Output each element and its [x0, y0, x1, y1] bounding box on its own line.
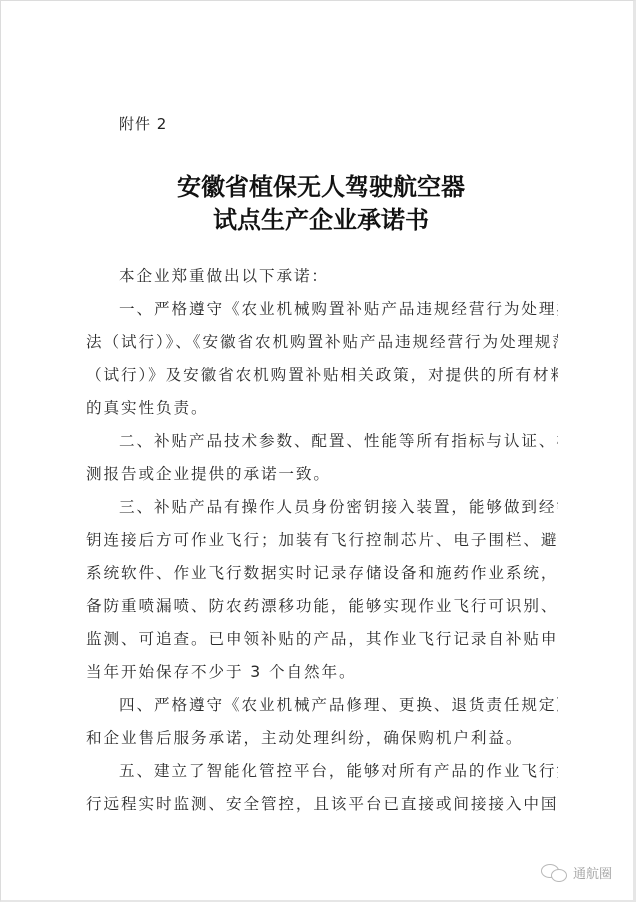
paragraph-intro: 本企业郑重做出以下承诺： [86, 260, 558, 293]
text-line: 和企业售后服务承诺，主动处理纠纷，确保购机户利益。 [86, 722, 558, 755]
watermark: 通航圈 [541, 863, 612, 882]
paragraph-3-continuation: 钥连接后方可作业飞行；加装有飞行控制芯片、电子围栏、避障 系统软件、作业飞行数据… [86, 524, 558, 689]
watermark-text: 通航圈 [573, 863, 612, 882]
text-line: 三、补贴产品有操作人员身份密钥接入装置，能够做到经密 [86, 491, 558, 524]
document-title-line-2: 试点生产企业承诺书 [1, 200, 640, 235]
paragraph-2-continuation: 测报告或企业提供的承诺一致。 [86, 458, 558, 491]
paragraph-5: 五、建立了智能化管控平台，能够对所有产品的作业飞行实 [86, 755, 558, 788]
paragraph-2: 二、补贴产品技术参数、配置、性能等所有指标与认证、检 [86, 425, 558, 458]
text-line: 行远程实时监测、安全管控，且该平台已直接或间接接入中国民 [86, 788, 558, 821]
text-line: 系统软件、作业飞行数据实时记录存储设备和施药作业系统，具 [86, 557, 558, 590]
paragraph-1-continuation: 法（试行）》、《安徽省农机购置补贴产品违规经营行为处理规范 （试行）》及安徽省农… [86, 326, 558, 425]
paragraph-4-continuation: 和企业售后服务承诺，主动处理纠纷，确保购机户利益。 [86, 722, 558, 755]
text-line: 的真实性负责。 [86, 392, 558, 425]
text-line: 当年开始保存不少于 3 个自然年。 [86, 656, 558, 689]
text-line: 测报告或企业提供的承诺一致。 [86, 458, 558, 491]
document-body: 本企业郑重做出以下承诺： 一、严格遵守《农业机械购置补贴产品违规经营行为处理办 … [86, 260, 558, 821]
text-line: 本企业郑重做出以下承诺： [86, 260, 558, 293]
text-line: 钥连接后方可作业飞行；加装有飞行控制芯片、电子围栏、避障 [86, 524, 558, 557]
text-line: 二、补贴产品技术参数、配置、性能等所有指标与认证、检 [86, 425, 558, 458]
document-page: 附件 2 安徽省植保无人驾驶航空器 试点生产企业承诺书 本企业郑重做出以下承诺：… [0, 0, 636, 902]
paragraph-3: 三、补贴产品有操作人员身份密钥接入装置，能够做到经密 [86, 491, 558, 524]
paragraph-1: 一、严格遵守《农业机械购置补贴产品违规经营行为处理办 [86, 293, 558, 326]
paragraph-4: 四、严格遵守《农业机械产品修理、更换、退货责任规定》 [86, 689, 558, 722]
text-line: 四、严格遵守《农业机械产品修理、更换、退货责任规定》 [86, 689, 558, 722]
paragraph-5-continuation: 行远程实时监测、安全管控，且该平台已直接或间接接入中国民 [86, 788, 558, 821]
text-line: 备防重喷漏喷、防农药漂移功能，能够实现作业飞行可识别、可 [86, 590, 558, 623]
attachment-label: 附件 2 [119, 113, 167, 134]
wechat-icon [541, 864, 569, 882]
text-line: 法（试行）》、《安徽省农机购置补贴产品违规经营行为处理规范 [86, 326, 558, 359]
text-line: （试行）》及安徽省农机购置补贴相关政策，对提供的所有材料 [86, 359, 558, 392]
text-line: 监测、可追查。已申领补贴的产品，其作业飞行记录自补贴申领 [86, 623, 558, 656]
text-line: 五、建立了智能化管控平台，能够对所有产品的作业飞行实 [86, 755, 558, 788]
text-line: 一、严格遵守《农业机械购置补贴产品违规经营行为处理办 [86, 293, 558, 326]
document-title-line-1: 安徽省植保无人驾驶航空器 [1, 167, 640, 202]
